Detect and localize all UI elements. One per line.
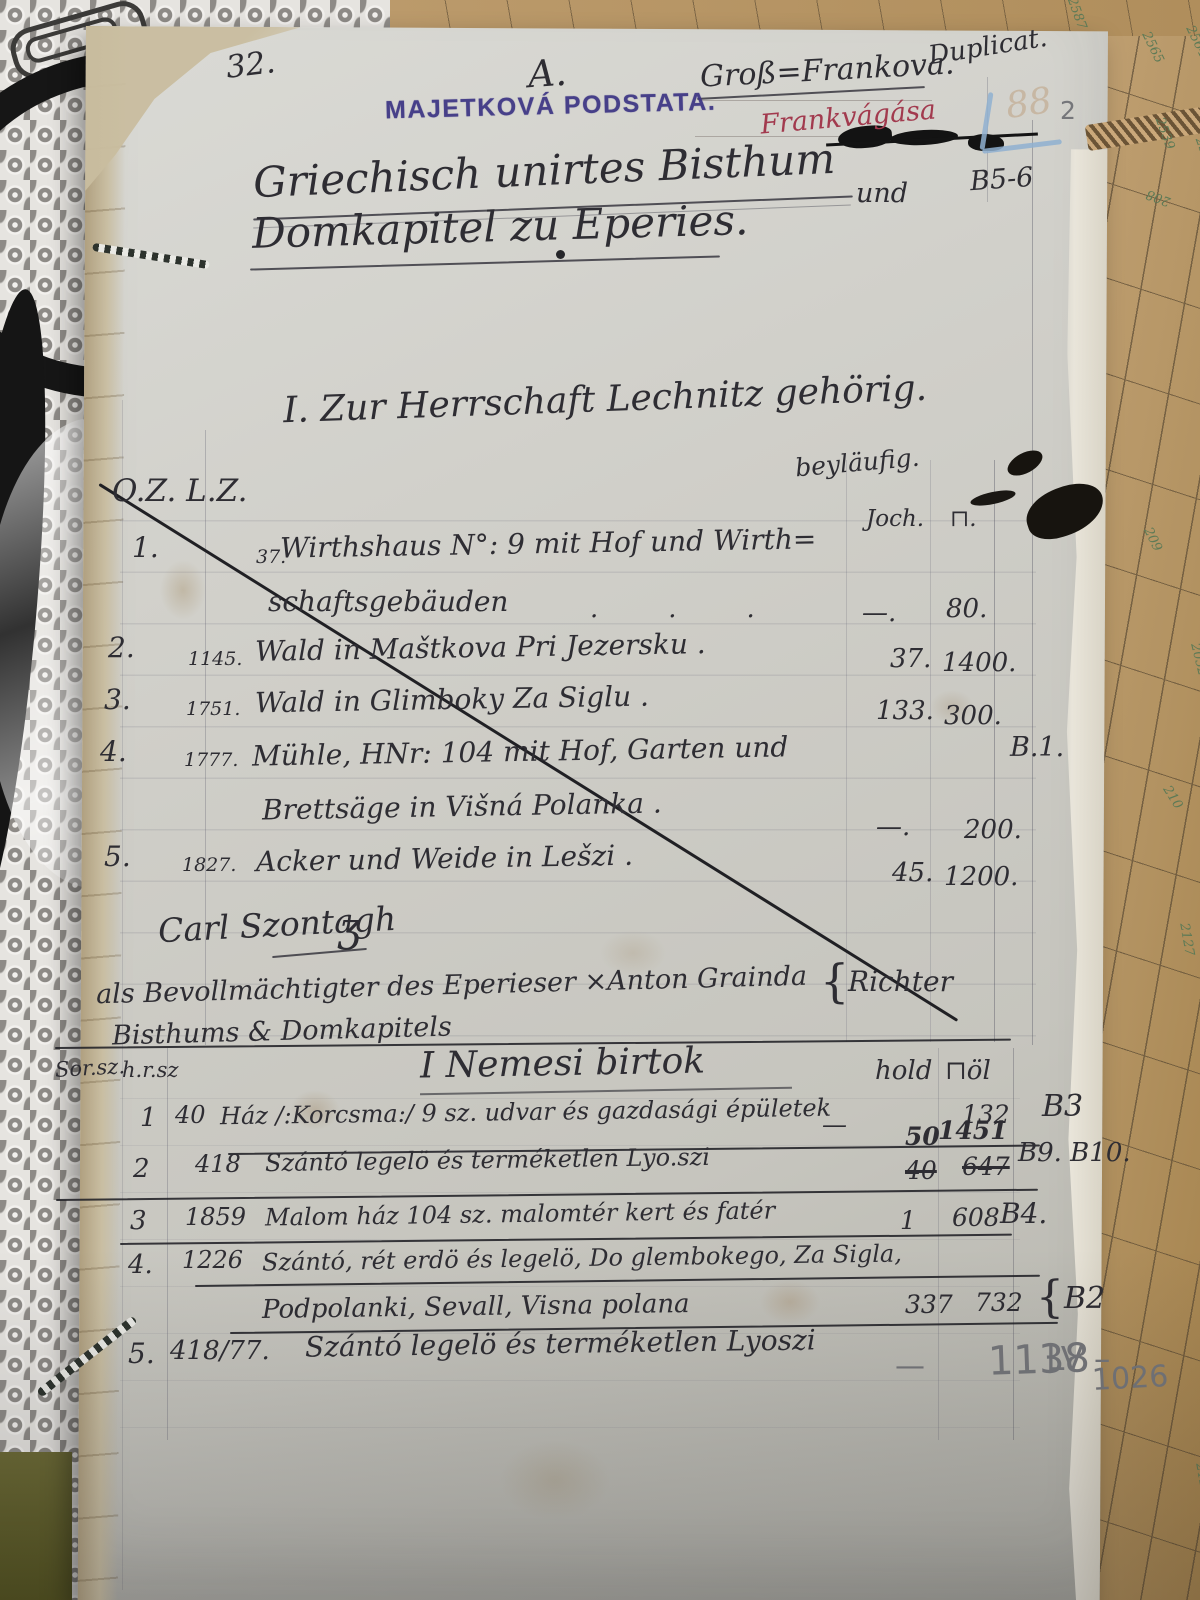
title-conjunction: und [856, 180, 908, 207]
value-joch: —. [862, 600, 896, 626]
row-number: 5. [104, 843, 131, 871]
column-header-ol: ⊓öl [945, 1058, 991, 1084]
value-hold-pencil: — [895, 1352, 925, 1382]
row-number: 2. [108, 634, 135, 662]
folio-note: B5-6 [969, 164, 1034, 195]
section-heading-hungarian: I Nemesi birtok [420, 1044, 706, 1085]
row-number: 5. [128, 1340, 155, 1368]
ink-dot [556, 250, 565, 259]
grid-line [205, 430, 206, 1045]
value-hold-struck: 40 [905, 1158, 937, 1183]
value-ol: 732 [975, 1290, 1023, 1315]
value-joch: 37. [890, 646, 931, 672]
value-hold: 337 [905, 1292, 953, 1317]
value-joch: 45. [892, 860, 933, 886]
entry-text: Acker und Weide in Lešzi . [256, 842, 633, 877]
margin-note: B9. B10. [1018, 1140, 1131, 1166]
photo-archival-ledger-page: 2587 2565 2564 2539 2555 208 209 2052 21… [0, 0, 1200, 1600]
margin-note: B4. [1000, 1200, 1047, 1228]
row-number: 3. [104, 686, 131, 714]
value-joch: —. [876, 814, 910, 840]
row-number: 4. [128, 1252, 153, 1278]
row-number: 2 [133, 1156, 150, 1182]
value-klafter: 300. [944, 703, 1002, 729]
stain [500, 1440, 610, 1520]
entry-text: Wald in Maštkova Pri Jezersku . [255, 630, 706, 666]
column-header-klafter: ⊓. [950, 508, 977, 531]
page-spine [78, 26, 126, 1600]
table-corner [0, 1452, 72, 1600]
column-header-oz-lz: O.Z. L.Z. [112, 476, 247, 507]
value-joch: 133. [876, 698, 934, 724]
value-klafter: 80. [946, 596, 987, 622]
signature-flourish: ʒ [338, 908, 361, 948]
parcel-number: 418 [195, 1152, 241, 1176]
parcel-number: 1751. [186, 700, 240, 719]
entry-text: Brettsäge in Višná Polanka . [262, 790, 662, 825]
grid-line [930, 460, 931, 1042]
value-ol-struck: 647 [962, 1154, 1010, 1179]
entry-text: Szántó legelö és terméketlen Lyoszi [305, 1326, 816, 1361]
row-number: 1. [132, 534, 159, 562]
value-hold: — [822, 1112, 847, 1137]
column-header-joch: Joch. [866, 508, 924, 531]
entry-text: Szántó legelö és terméketlen Lyo.szi [265, 1145, 710, 1175]
signature-role-right: Richter [848, 968, 953, 996]
value-klafter: 1400. [942, 650, 1016, 676]
column-header-sorsz: Sor.sz. [54, 1056, 125, 1081]
value-hold-corrected: 50 [905, 1124, 940, 1149]
row-number: 4. [100, 738, 127, 766]
stain [160, 560, 206, 620]
archive-number: 1026 [1091, 1362, 1169, 1396]
column-header-hold: hold [875, 1058, 932, 1084]
parcel-number: 1777. [184, 751, 238, 770]
column-header-hrsz: h.r.sz [122, 1060, 178, 1081]
value-hold: 1 [900, 1208, 916, 1233]
page-number: 32. [224, 47, 277, 84]
margin-note: B3 [1042, 1092, 1083, 1122]
margin-note: B.1. [1010, 734, 1064, 761]
margin-note: B2 [1064, 1284, 1105, 1314]
leader-dots: ··· [590, 604, 825, 630]
grid-line [994, 460, 995, 1042]
entry-text: schaftsgebäuden [268, 588, 508, 616]
parcel-number: 40 [175, 1103, 206, 1127]
stain [760, 1280, 820, 1324]
faint-number: 88 [1004, 83, 1054, 125]
row-number: 1 [140, 1105, 157, 1131]
brace: { [1036, 1276, 1064, 1320]
value-ol-corrected: 1451 [938, 1118, 1008, 1143]
grid-line [938, 1048, 939, 1440]
brace: { [820, 958, 849, 1004]
parcel-number: 1226 [182, 1248, 243, 1272]
parcel-number: 1827. [182, 856, 236, 875]
parcel-number: 1145. [188, 650, 242, 669]
pencil-number: 2 [1060, 98, 1076, 123]
parcel-number: 1859 [185, 1205, 246, 1229]
entry-text: Wald in Glimboky Za Siglu . [255, 683, 649, 718]
value-klafter: 200. [964, 817, 1022, 843]
parcel-number: 418/77. [170, 1338, 270, 1364]
series-letter: A. [527, 54, 568, 94]
value-ol: 608 [952, 1205, 1000, 1230]
entry-text: Podpolanki, Sevall, Visna polana [262, 1291, 690, 1323]
grid-line [1032, 120, 1033, 1045]
entry-text: Malom ház 104 sz. malomtér kert és fatér [265, 1198, 775, 1229]
row-number: 3 [130, 1208, 147, 1234]
value-klafter: 1200. [944, 864, 1018, 890]
